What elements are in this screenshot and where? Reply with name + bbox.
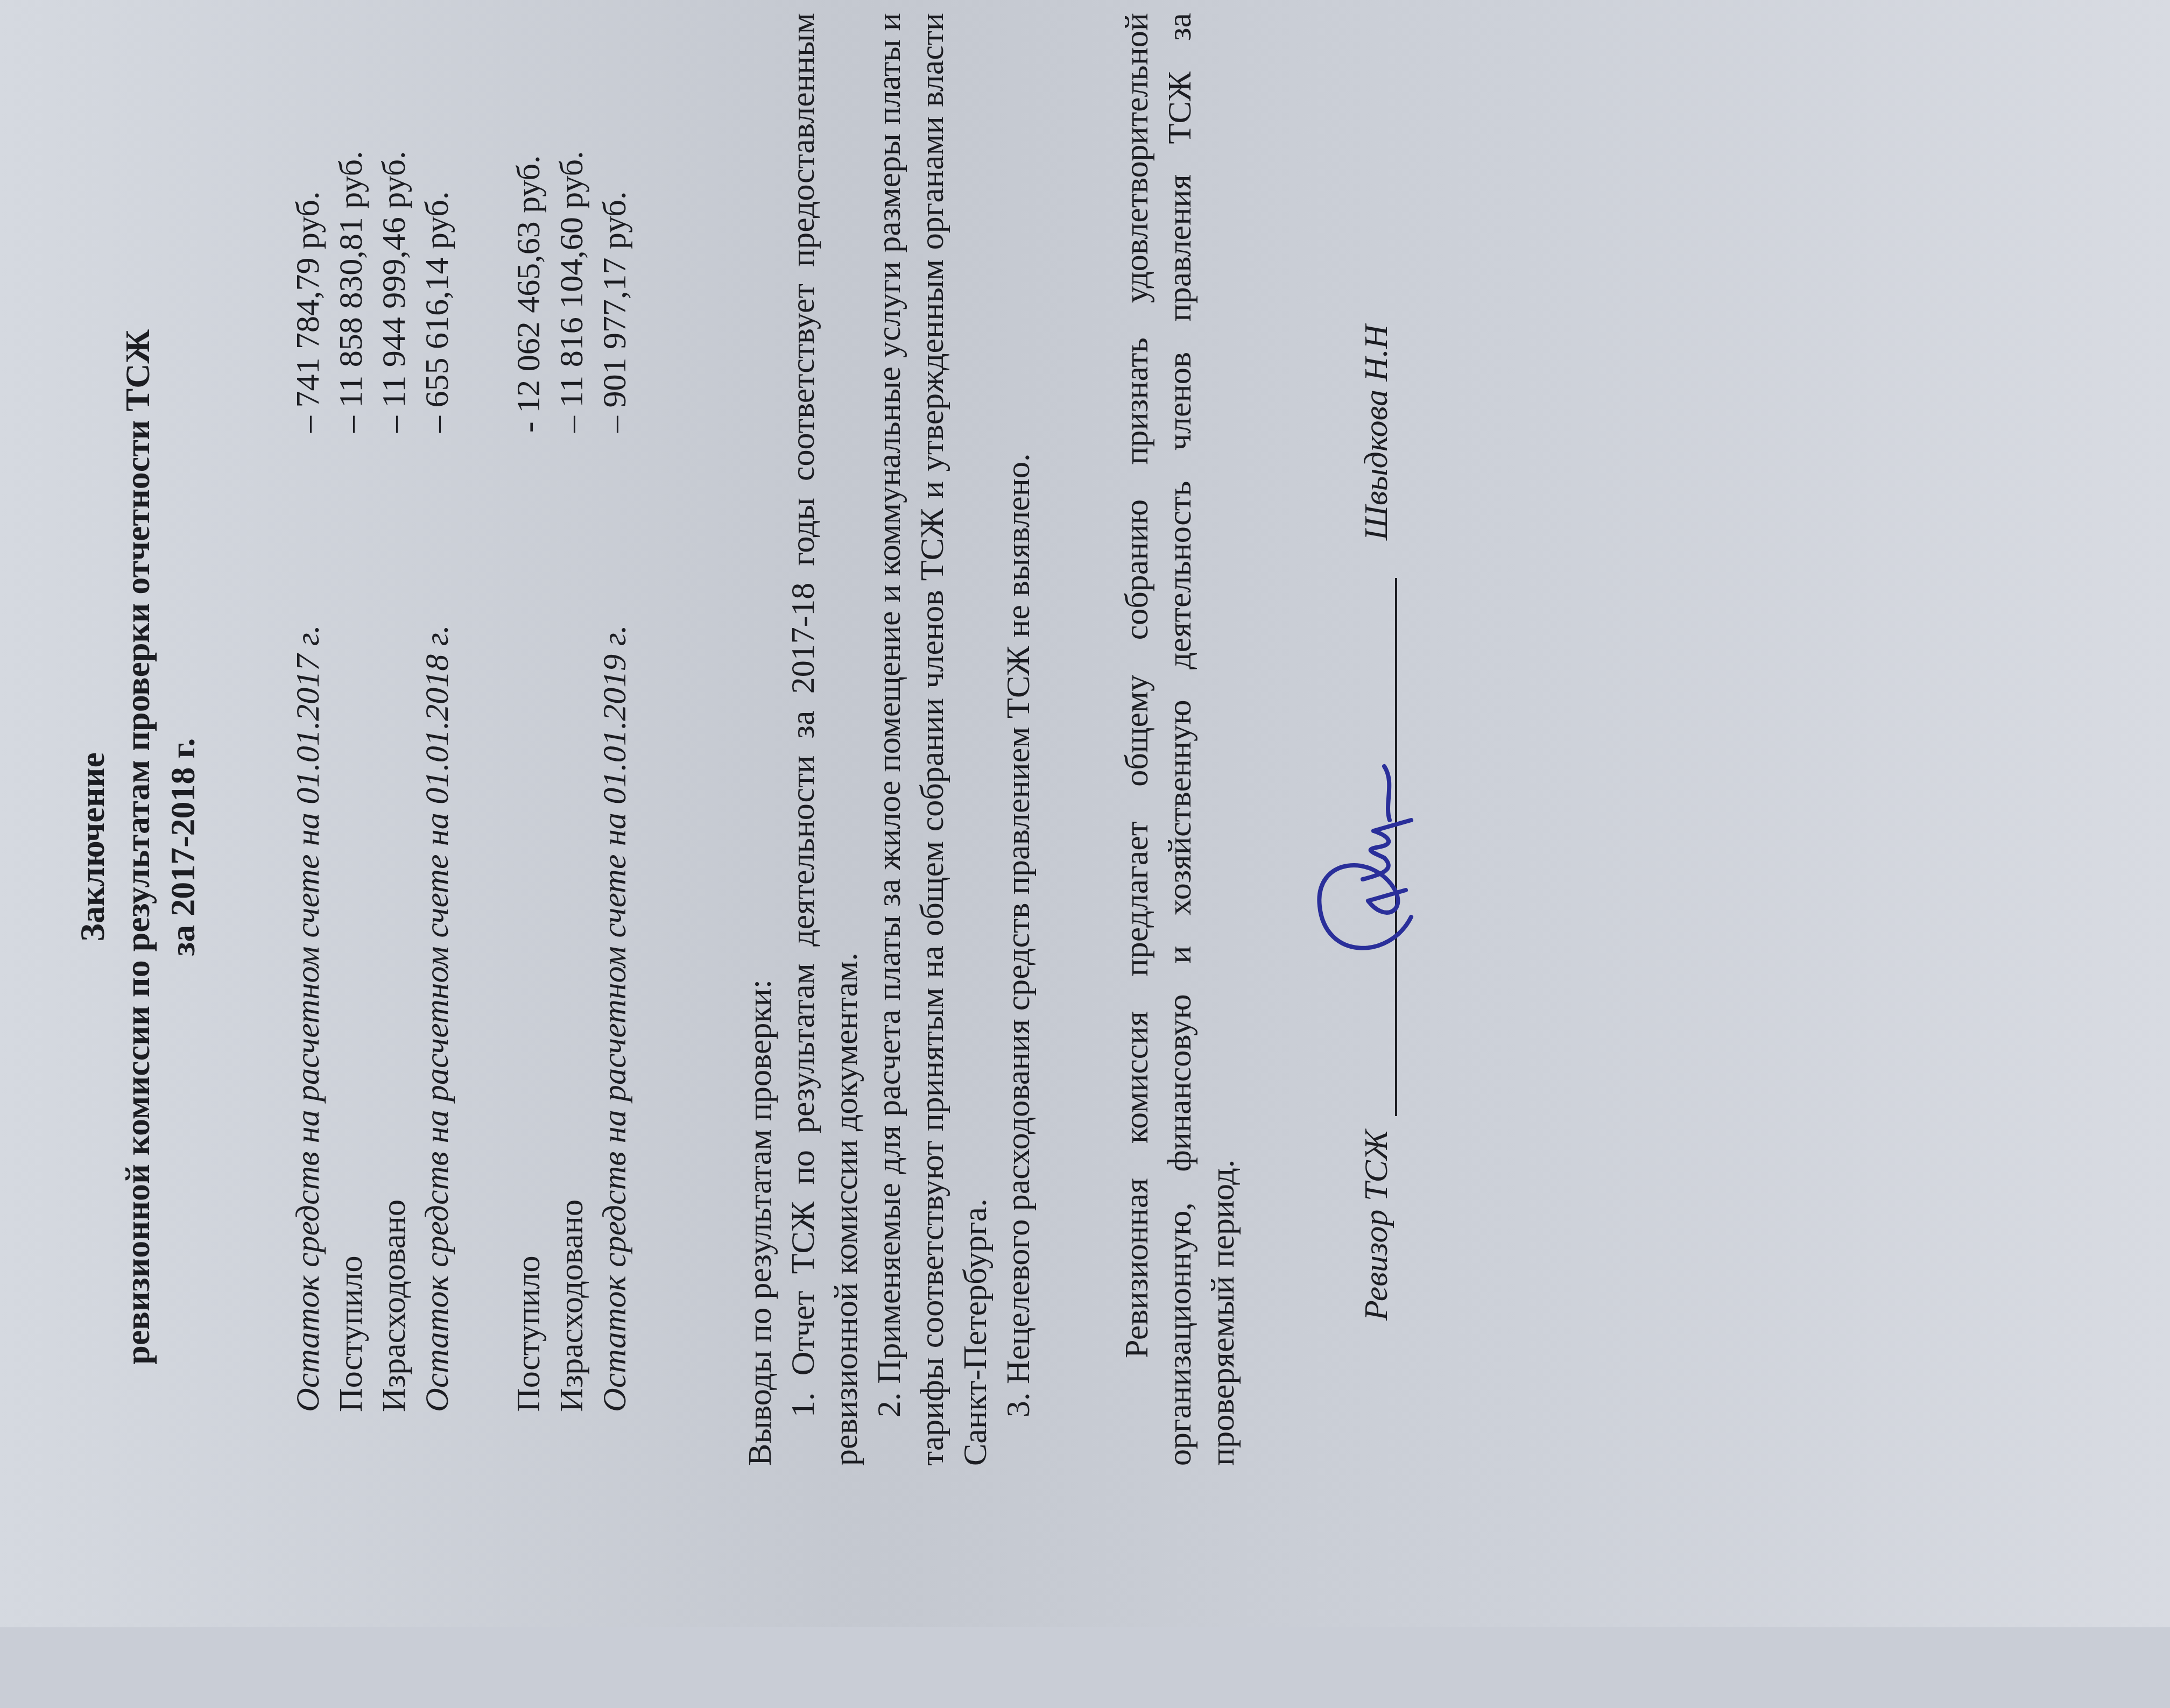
ledger-value: – 11 944 999,46 руб.: [372, 0, 415, 433]
ledger-label: Поступило: [507, 433, 550, 1412]
conclusions-heading: Выводы по результатам проверки:: [738, 13, 781, 1466]
ledger-value: – 655 616,14 руб.: [415, 0, 459, 433]
photo-background: Заключение ревизионной комиссии по резул…: [0, 0, 2170, 1627]
ledger: Остаток средств на расчетном счете на 01…: [286, 0, 636, 1627]
ledger-row: Остаток средств на расчетном счете на 01…: [593, 0, 636, 1627]
conclusion-item: 2. Применяемые для расчета платы за жило…: [868, 13, 997, 1466]
signer-role: Ревизор ТСЖ: [1357, 1130, 1396, 1321]
conclusions: Выводы по результатам проверки: 1. Отчет…: [738, 13, 1040, 1466]
ledger-label: Остаток средств на расчетном счете на 01…: [286, 433, 329, 1412]
ledger-value: – 741 784,79 руб.: [286, 0, 329, 433]
ledger-value: – 11 816 104,60 руб.: [550, 0, 593, 433]
ledger-row: Остаток средств на расчетном счете на 01…: [286, 0, 329, 1627]
ledger-value: - 12 062 465,63 руб.: [507, 0, 550, 433]
ledger-row: Остаток средств на расчетном счете на 01…: [415, 0, 459, 1627]
conclusion-item: 1. Отчет ТСЖ по результатам деятельности…: [781, 13, 868, 1466]
ledger-row: Израсходовано – 11 816 104,60 руб.: [550, 0, 593, 1627]
ledger-value: – 901 977,17 руб.: [593, 0, 636, 433]
ledger-label: Израсходовано: [372, 433, 415, 1412]
ledger-label: Поступило: [329, 433, 372, 1412]
title-line-3: за 2017-2018 г.: [160, 0, 206, 1627]
signature-block: Ревизор ТСЖ Швыдкова Н.Н: [1325, 0, 1486, 1627]
final-paragraph: Ревизионная комиссия предлагает общему с…: [1115, 13, 1244, 1466]
ledger-label: Остаток средств на расчетном счете на 01…: [593, 433, 636, 1412]
title-line-1: Заключение: [70, 0, 115, 1627]
ledger-value: – 11 858 830,81 руб.: [329, 0, 372, 433]
handwritten-signature-icon: [1304, 756, 1438, 982]
ledger-label: Остаток средств на расчетном счете на 01…: [415, 433, 459, 1412]
signer-name: Швыдкова Н.Н: [1357, 324, 1396, 540]
ledger-row: Поступило – 11 858 830,81 руб.: [329, 0, 372, 1627]
document-page: Заключение ревизионной комиссии по резул…: [0, 0, 2170, 1627]
ledger-label: Израсходовано: [550, 433, 593, 1412]
ledger-row: Поступило - 12 062 465,63 руб.: [507, 0, 550, 1627]
conclusion-item: 3. Нецелевого расходования средств правл…: [997, 13, 1040, 1466]
document-title: Заключение ревизионной комиссии по резул…: [70, 0, 206, 1627]
ledger-row: Израсходовано – 11 944 999,46 руб.: [372, 0, 415, 1627]
title-line-2: ревизионной комиссии по результатам пров…: [115, 0, 160, 1627]
